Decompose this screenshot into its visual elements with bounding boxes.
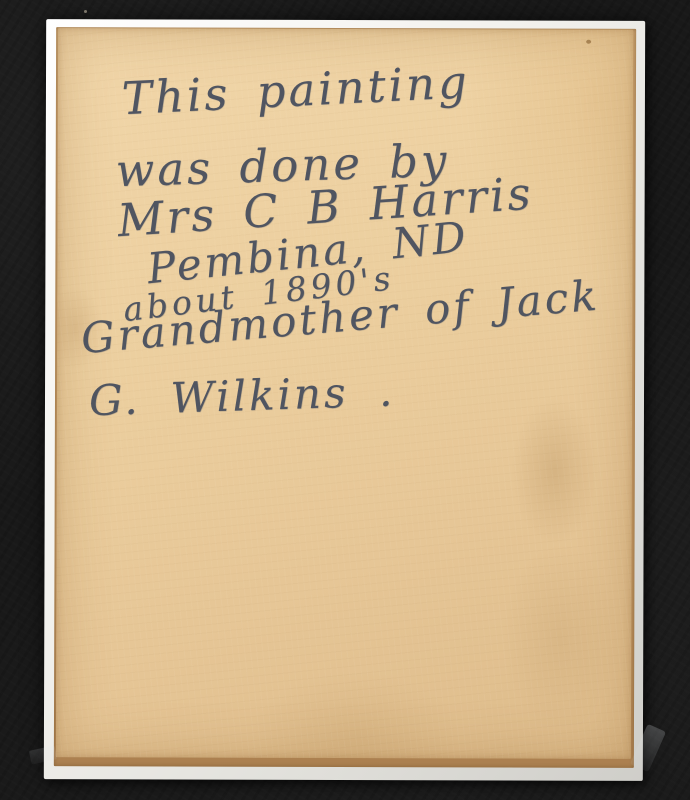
paper-speck bbox=[586, 40, 591, 44]
paper-backing: This painting was done by Mrs C B Harris… bbox=[56, 28, 633, 759]
handwritten-note: This painting was done by Mrs C B Harris… bbox=[56, 28, 633, 759]
dust-speck bbox=[84, 10, 87, 13]
note-line-7: G. Wilkins . bbox=[88, 366, 396, 425]
note-line-1: This painting bbox=[121, 55, 471, 125]
backing-board: This painting was done by Mrs C B Harris… bbox=[54, 27, 636, 768]
picture-frame-edge: This painting was done by Mrs C B Harris… bbox=[44, 19, 645, 781]
photo-backdrop: This painting was done by Mrs C B Harris… bbox=[0, 0, 690, 800]
